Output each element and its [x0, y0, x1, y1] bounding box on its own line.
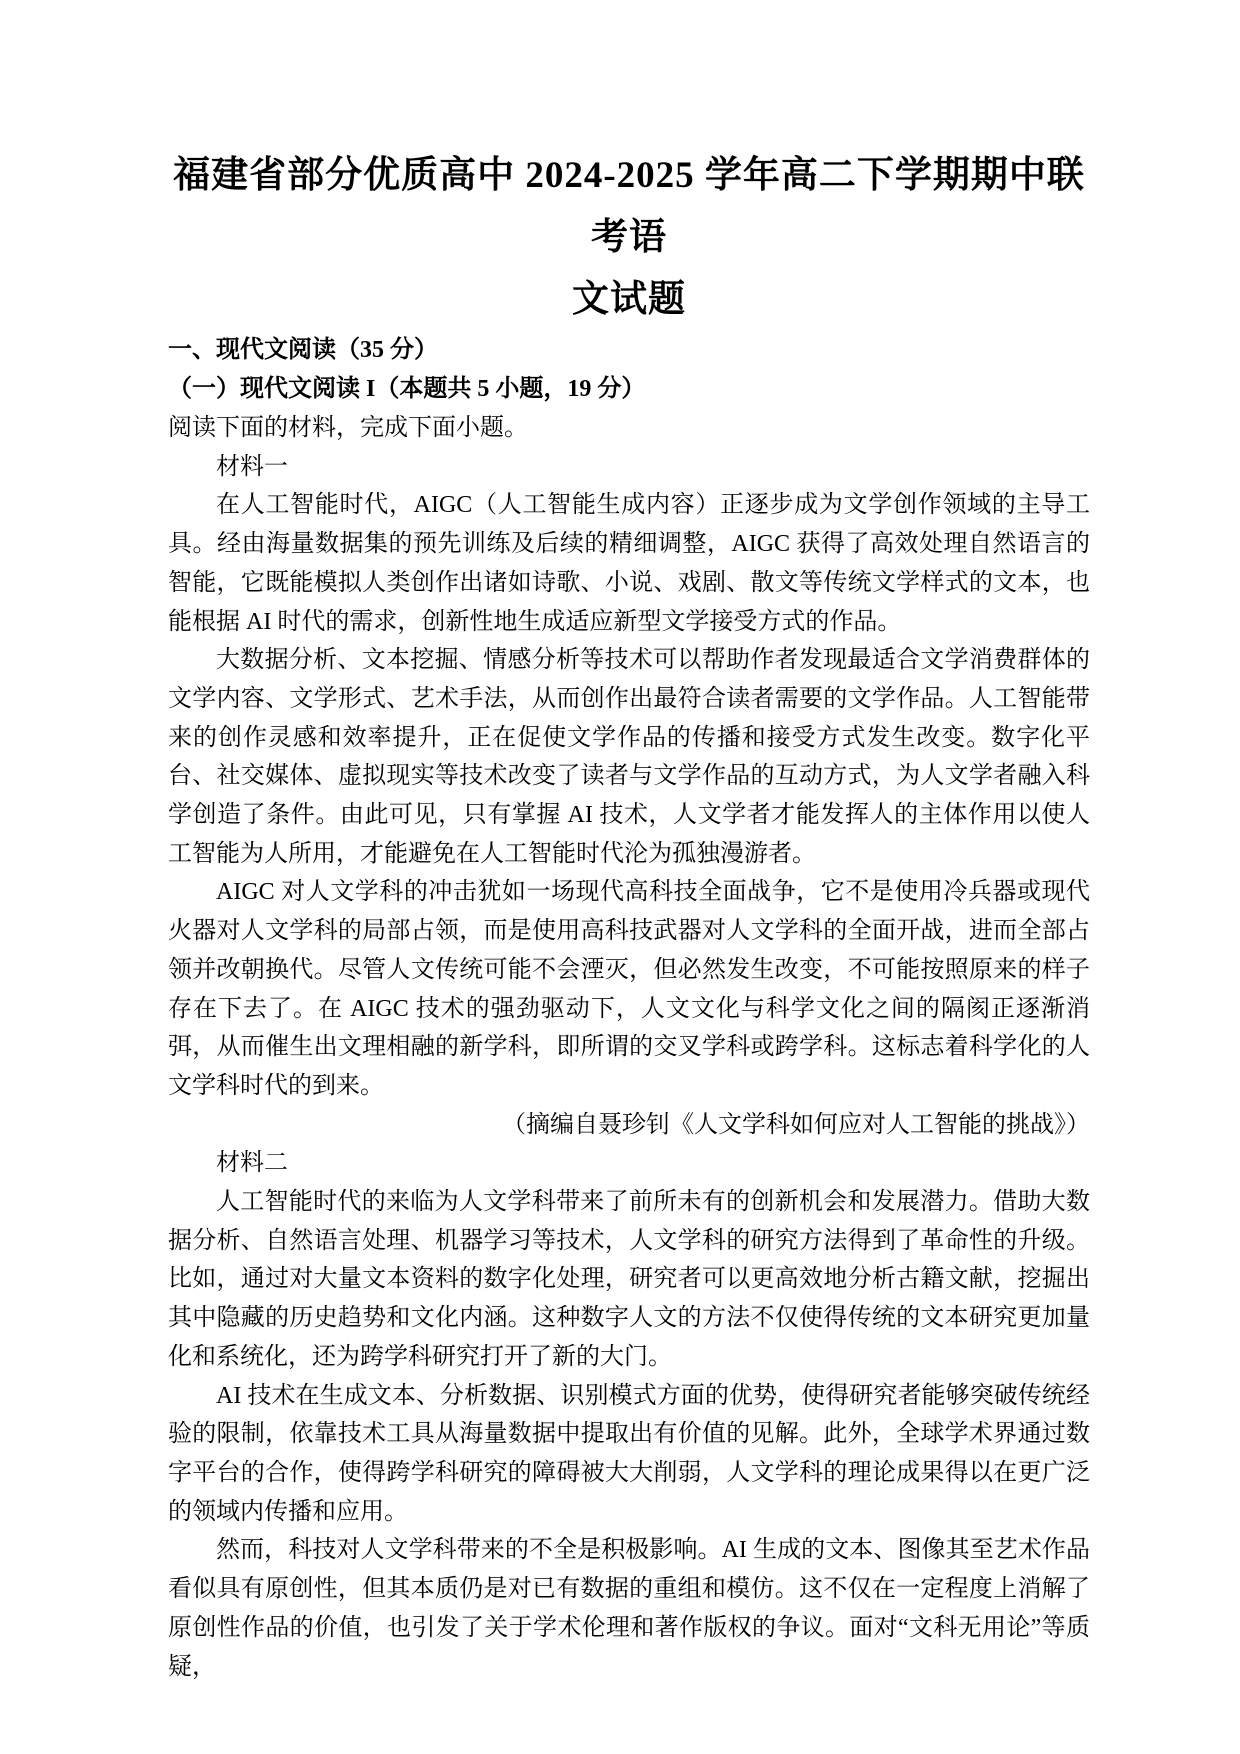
material-one-paragraph-2: 大数据分析、文本挖掘、情感分析等技术可以帮助作者发现最适合文学消费群体的文学内容…	[168, 641, 1090, 873]
document-body: 阅读下面的材料，完成下面小题。 材料一 在人工智能时代，AIGC（人工智能生成内…	[168, 409, 1090, 1686]
material-two-paragraph-3: 然而，科技对人文学科带来的不全是积极影响。AI 生成的文本、图像其至艺术作品看似…	[168, 1531, 1090, 1686]
material-one-paragraph-1: 在人工智能时代，AIGC（人工智能生成内容）正逐步成为文学创作领域的主导工具。经…	[168, 486, 1090, 641]
document-title-line2: 文试题	[572, 279, 686, 320]
document-page: 福建省部分优质高中 2024-2025 学年高二下学期期中联考语 文试题 一、现…	[0, 0, 1240, 1754]
material-one-attribution: （摘编自聂珍钊《人文学科如何应对人工智能的挑战》）	[168, 1106, 1090, 1145]
section-heading-modern-text-reading: 一、现代文阅读（35 分）	[168, 331, 1090, 370]
intro-line: 阅读下面的材料，完成下面小题。	[168, 409, 1090, 448]
document-title-line1: 福建省部分优质高中 2024-2025 学年高二下学期期中联考语	[173, 155, 1085, 258]
material-two-label: 材料二	[168, 1144, 1090, 1183]
material-two-paragraph-2: AI 技术在生成文本、分析数据、识别模式方面的优势，使得研究者能够突破传统经验的…	[168, 1377, 1090, 1532]
document-title: 福建省部分优质高中 2024-2025 学年高二下学期期中联考语 文试题	[168, 145, 1090, 331]
subsection-heading-reading-one: （一）现代文阅读 I（本题共 5 小题，19 分）	[168, 370, 1090, 409]
material-one-paragraph-3: AIGC 对人文学科的冲击犹如一场现代高科技全面战争，它不是使用冷兵器或现代火器…	[168, 873, 1090, 1105]
material-two-paragraph-1: 人工智能时代的来临为人文学科带来了前所未有的创新机会和发展潜力。借助大数据分析、…	[168, 1183, 1090, 1377]
material-one-label: 材料一	[168, 448, 1090, 487]
